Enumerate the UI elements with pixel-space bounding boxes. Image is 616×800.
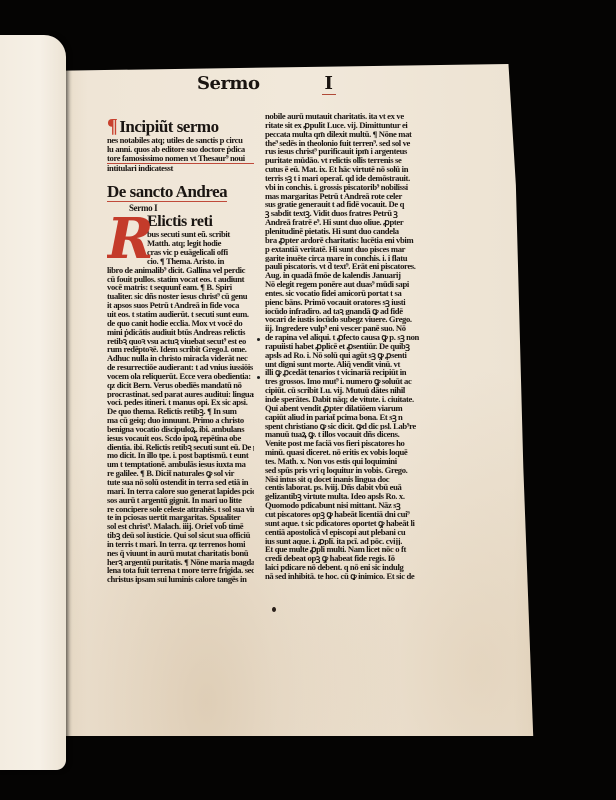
text-line: uit eos. t statim audierūt. t secuti sun… (107, 310, 254, 319)
text-line: cras vic p euāgelicali offi (147, 248, 254, 257)
text-line: dientia. ibi. Relictis retibꝫ secuti sun… (107, 443, 254, 452)
text-line: herꝫ argentū puritatis. ¶ Nōne maria mag… (107, 558, 254, 567)
running-head: Sermo I (197, 73, 336, 95)
text-line: garite inuēte circa mare in conchis. i. … (265, 254, 421, 263)
text-line: vocem ola reliquerūt. Ecce vera obedient… (107, 372, 254, 381)
text-line: tibꝫ deū sol iusticie. Qui sol sicut sua… (107, 531, 254, 540)
text-line: De quo thema. Relictis retibꝫ. ¶ In sum (107, 407, 254, 416)
text-line: manuū tuaꝝ ꝙ. t illos vocauit dñs dicens… (265, 430, 421, 439)
text-line: in terris t mari. In terra. qz terrenos … (107, 540, 254, 549)
initial-letter: R (107, 206, 153, 272)
text-line: gelizantibꝫ virtute multa. Ideo apsls Ro… (265, 492, 421, 501)
text-line: tes. Math. x. Non vos estis qui loquimin… (265, 457, 421, 466)
text-line: iesus vocauit eos. Scdo ipoꝝ repētina ob… (107, 434, 254, 443)
text-line: Et que multe ꝓpli multi. Nam licet nōc o… (265, 545, 421, 554)
text-line: lena tota fuit terrena t more terre frig… (107, 566, 254, 575)
text-line: unt digni sunt morte. Aliq̄ vendit vinū.… (265, 360, 421, 369)
text-line: procrastinat. sed parat aures auditui: l… (107, 390, 254, 399)
initial-word: Elictis reti (147, 213, 254, 230)
text-line: entes. sic vocatio fidei amicorū portat … (265, 289, 421, 298)
text-line: bus secuti sunt eũ. scribit (147, 230, 254, 239)
text-line: apsls ad Ro. i. Nō solū qui agūt sꝫ ꝙ ꝓs… (265, 351, 421, 360)
text-line: christus ipsam sui luminis calore tangēs… (107, 575, 254, 584)
text-line: terris sꝫ t i mari operat̄. qd ide demōs… (265, 174, 421, 183)
text-line: Aug. in quadā fmōe de kalendis Januarij (265, 271, 421, 280)
text-line: plenitudinē pietatis. Hi sunt duo candel… (265, 227, 421, 236)
text-line: sed spūs pris vri q loquitur in vobis. G… (265, 466, 421, 475)
text-line: de quo canit hodie ecclia. Mox vt vocē d… (107, 319, 254, 328)
text-line: credi debeat opꝫ ꝙ habeat fide regis. Iō (265, 554, 421, 563)
text-line: de resurrectiōe audierant: t ad vnius iu… (107, 363, 254, 372)
incipit-heading-text: Incipiũt sermo (119, 118, 218, 136)
text-line: illi ꝙ ꝓcedāt tenarios t vicinariā recip… (265, 368, 421, 377)
text-line: ma cū geiq; duo innuunt. Primo a christo (107, 416, 254, 425)
text-line: voci. pedes itineri. t manus opi. Ex sic… (107, 398, 254, 407)
text-line: de rapina vel aliqui. t ꝓfecto causa ꝙ p… (265, 333, 421, 342)
text-line: qz dicit Bern. Verus obediēs mandatū nō (107, 381, 254, 390)
text-line: ius sunt aque. i. ꝓplī. ita pcī. ad pōc.… (265, 537, 421, 546)
text-line: pienc bāns. Primō vocauit oratores sꝫ iu… (265, 298, 421, 307)
text-line: cio. ¶ Thema. Aristo. in (147, 257, 254, 266)
running-head-title: Sermo (197, 73, 260, 94)
text-line: nā sed inhibitā. te hoc. cū ꝙ inimico. E… (265, 572, 421, 580)
text-line: peccata multa qm̄ dilexit multū. ¶ Nōne … (265, 130, 421, 139)
text-line: cipiūt. cū scribit Lu. vij. Mutuū dātes … (265, 386, 421, 395)
text-line: vbi in conchis. i. grossis piscatorib⁹ n… (265, 183, 421, 192)
text-line: mari. In terra calore suo generat lapide… (107, 487, 254, 496)
text-line: nes q̄ viuunt in aurū mutat charitatis b… (107, 549, 254, 558)
text-line: Venite post me faciā vos fieri piscatore… (265, 439, 421, 448)
margin-mark-icon (257, 376, 260, 379)
facing-page-edge (0, 35, 66, 770)
section-title: De sancto Andrea (107, 182, 227, 202)
text-line: mini ṗdicātis audiuit btūs Andreas relic… (107, 328, 254, 337)
text-line: cū fouit pullos. statim vocat eos. t aud… (107, 275, 254, 284)
rubricated-initial: R (107, 213, 147, 265)
text-line: sunt aque. t sic pdicatores oportet ꝙ ha… (265, 519, 421, 528)
text-line: mo dicit. In illo tpe. i. post baptismū.… (107, 451, 254, 460)
text-line: minū. quasi diceret. nō eritis ex vobis … (265, 448, 421, 457)
text-line: benigna vocatio discipuloꝝ. ibi. ambulan… (107, 425, 254, 434)
text-line: tualiter. sic dñs noster iesus christ⁹ c… (107, 292, 254, 301)
text-line: laici pdicare nō debent. q nō eni sic in… (265, 563, 421, 572)
text-line: re concipere sole celeste attrahēs. t so… (107, 505, 254, 514)
text-line: tute sua nō solū ostendit in terra sed e… (107, 478, 254, 487)
incipit-line: lu anni. quos ab editore suo doctore ṗdi… (107, 145, 254, 154)
text-line: Andreā fratrē e⁹. Hi sunt duo oliue. ꝓpt… (265, 218, 421, 227)
text-line: cut piscatores opꝫ ꝙ habeāt licentiā dni… (265, 510, 421, 519)
initial-side-text: Elictis reti bus secuti sunt eũ. scribit… (147, 213, 254, 265)
incipit-line: intitulari indicatesst (107, 164, 254, 173)
running-head-number: I (322, 73, 336, 95)
text-line: it apsos suos Petrū t Andreā in fide voc… (107, 301, 254, 310)
text-line: Qui abent vendit ꝓpter dilatiōem viarum (265, 404, 421, 413)
text-line: cutus ē eū. Mat. ix. Et hāc virtutē nō s… (265, 165, 421, 174)
text-line: Matth. atq; legit hodie (147, 239, 254, 248)
text-line: re galilee. ¶ B. Dicit̄ naturales ꝙ sol … (107, 469, 254, 478)
right-text-column: nobile aurū mutauit charitatis. ita vt e… (265, 112, 421, 580)
text-line: retibꝫ quoꝛ vsu actuꝫ viuebat secut⁹ est… (107, 337, 254, 346)
text-line: tres grossos. Imo mut⁹ i. numero ꝙ soluū… (265, 377, 421, 386)
text-line: bra ꝓpter ardorē charitatis: lucētia eni… (265, 236, 421, 245)
text-line: nobile aurū mutauit charitatis. ita vt e… (265, 112, 421, 121)
text-line: pauli piscatoris. vt d̄ text⁹. Erāt eni … (265, 262, 421, 271)
text-line: inde sperātes. Dabit nāq; de vitute. i. … (265, 395, 421, 404)
text-line: capiūt aliud in pariat̄ pcima bona. Et s… (265, 413, 421, 422)
text-line: Adhuc nulla in christo miracla viderāt n… (107, 354, 254, 363)
text-line: te in pciosas uertit margaritas. Spualit… (107, 513, 254, 522)
text-line: rus iesus christ⁹ purificauit ipm̄ i arg… (265, 147, 421, 156)
incipit-line: tore famosissimo nomen vt Thesaur⁹ noui (107, 154, 254, 164)
text-line: puritate mūdāo. vt relictis ollis terren… (265, 156, 421, 165)
initial-block: R Elictis reti bus secuti sunt eũ. scrib… (107, 213, 254, 265)
left-text-column: ¶ Incipiũt sermo nes notabiles atq; util… (107, 117, 254, 597)
text-line: iij. Ingredere vulp⁹ eni vescer panē suo… (265, 324, 421, 333)
text-line: mas margaritas Petrū t Andreā rote celer (265, 192, 421, 201)
text-line: um t temptationē. ambulās iesus iuxta ma (107, 460, 254, 469)
text-line: rapuiisti habet ꝓplicē et ꝓsentiūr. De q… (265, 342, 421, 351)
text-line: ritate sit ex ꝓpulit Luce. vij. Dimittun… (265, 121, 421, 130)
text-line: spent christiano ꝙ sic dicit. ꝙd dic psl… (265, 422, 421, 431)
text-line: sus gratie generauit t ad fidē vocauit. … (265, 200, 421, 209)
text-line: vocē matris: t sequunt̄ eam. ¶ B. Spiri (107, 283, 254, 292)
text-line: rum redēptoꝛē. Idem scribit Grego.l. ome… (107, 345, 254, 354)
text-line: vocari de iustis iocūdo subegz viuere. G… (265, 315, 421, 324)
incipit-heading: ¶ Incipiũt sermo (107, 117, 254, 136)
text-line: iocūdo infradiro. ad taꝫ gnandā ꝙ ad fid… (265, 307, 421, 316)
text-line: centis laborat. ps. lviij. Dñs dabit vbū… (265, 483, 421, 492)
text-line: Nō elegit regem ponēre aut duas⁹ mūdi sa… (265, 280, 421, 289)
text-line: sol est christ⁹. Malach. iiij. Oriet̄ vo… (107, 522, 254, 531)
text-line: ꝫ sabdit textꝫ. Vidit duos fratres Petrū… (265, 209, 421, 218)
margin-mark-icon (257, 338, 260, 341)
text-line: Quomodo pdicabunt nisi mittant. Nāz sꝫ (265, 501, 421, 510)
text-line: p extantiā veritatē. Hi sunt duo pisces … (265, 245, 421, 254)
text-line: centiā apostolicā vl episcopi aut pleban… (265, 528, 421, 537)
ink-spot-icon (272, 607, 276, 612)
text-line: sos aurū t argentū gignit. In mari uo li… (107, 496, 254, 505)
text-line: the⁹ sedēs in theolonio fuit terren⁹. se… (265, 139, 421, 148)
text-line: Nisi intus sit q docet inanis lingua doc (265, 475, 421, 484)
pilcrow-icon: ¶ (107, 117, 117, 135)
incipit-line: nes notabiles atq; utiles de sanctis p c… (107, 136, 254, 145)
